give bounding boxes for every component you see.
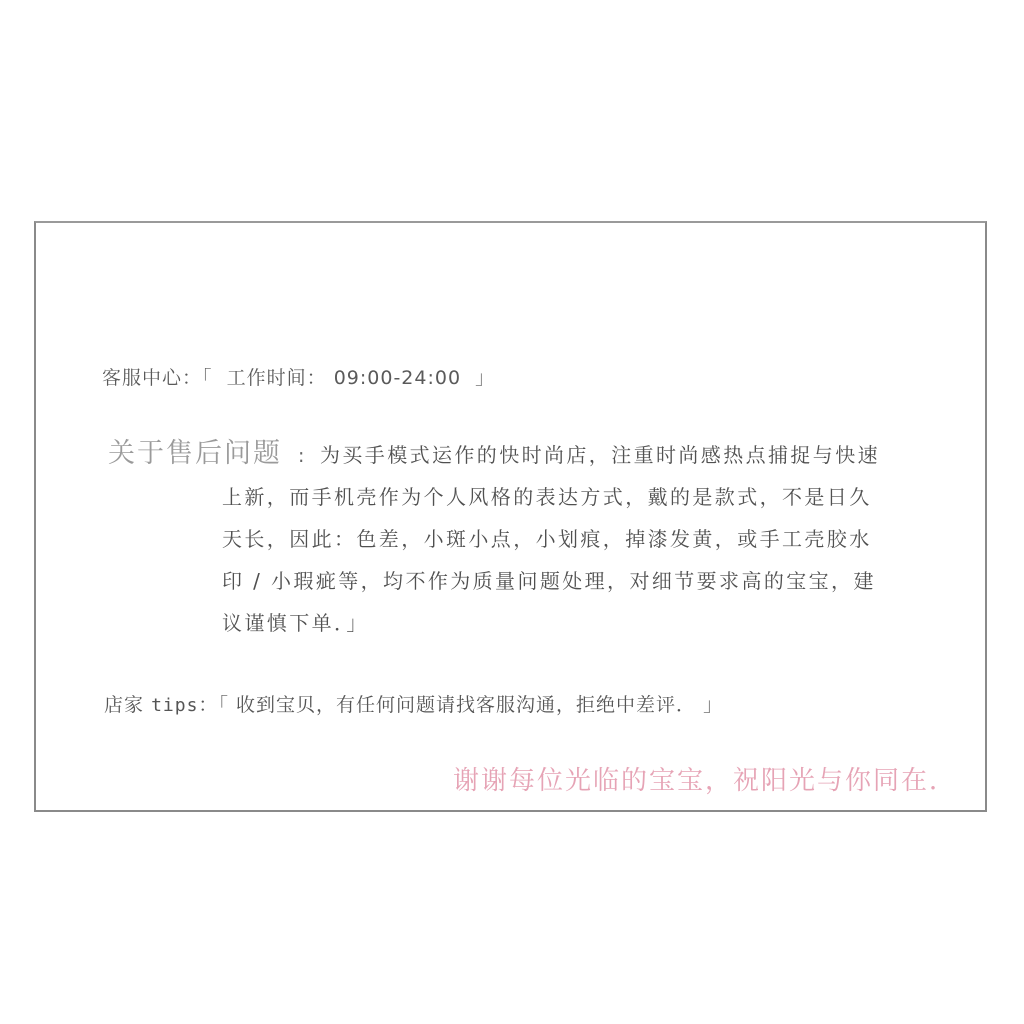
tips-bracket-open: 「 (218, 694, 229, 716)
customer-service-line: 客服中心：「 工作时间： 09:00-24:00 」 (102, 366, 495, 390)
after-sales-line-2: 上新，而手机壳作为个人风格的表达方式，戴的是款式，不是日久 (222, 476, 872, 518)
after-sales-line-3: 天长，因此：色差，小斑小点，小划痕，掉漆发黄，或手工壳胶水 (222, 518, 872, 560)
tips-label-latin: tips (151, 695, 198, 716)
after-sales-heading: 关于售后问题 (108, 437, 282, 471)
hours-value: 09:00-24:00 (334, 367, 461, 389)
store-tips-line: 店家 tips：「 收到宝贝，有任何问题请找客服沟通，拒绝中差评． 」 (104, 693, 723, 718)
service-label: 客服中心： (102, 367, 202, 389)
thanks-message: 谢谢每位光临的宝宝，祝阳光与你同在． (453, 765, 957, 797)
notice-box: 客服中心：「 工作时间： 09:00-24:00 」 关于售后问题 : 为买手模… (34, 221, 987, 812)
after-sales-line-4: 印 / 小瑕疵等，均不作为质量问题处理，对细节要求高的宝宝，建 (222, 560, 876, 602)
hours-label: 工作时间： (227, 367, 327, 389)
tips-message: 收到宝贝，有任何问题请找客服沟通，拒绝中差评． (236, 694, 696, 716)
after-sales-line-1: 为买手模式运作的快时尚店，注重时尚感热点捕捉与快速 (320, 434, 880, 476)
after-sales-colon: : (298, 445, 304, 467)
tips-bracket-close: 」 (703, 694, 723, 716)
tips-colon: ： (198, 694, 218, 716)
after-sales-line-5: 议谨慎下单．」 (222, 602, 369, 644)
bracket-open: 「 (202, 367, 213, 389)
tips-label-cn: 店家 (104, 694, 144, 716)
bracket-close: 」 (475, 367, 495, 389)
